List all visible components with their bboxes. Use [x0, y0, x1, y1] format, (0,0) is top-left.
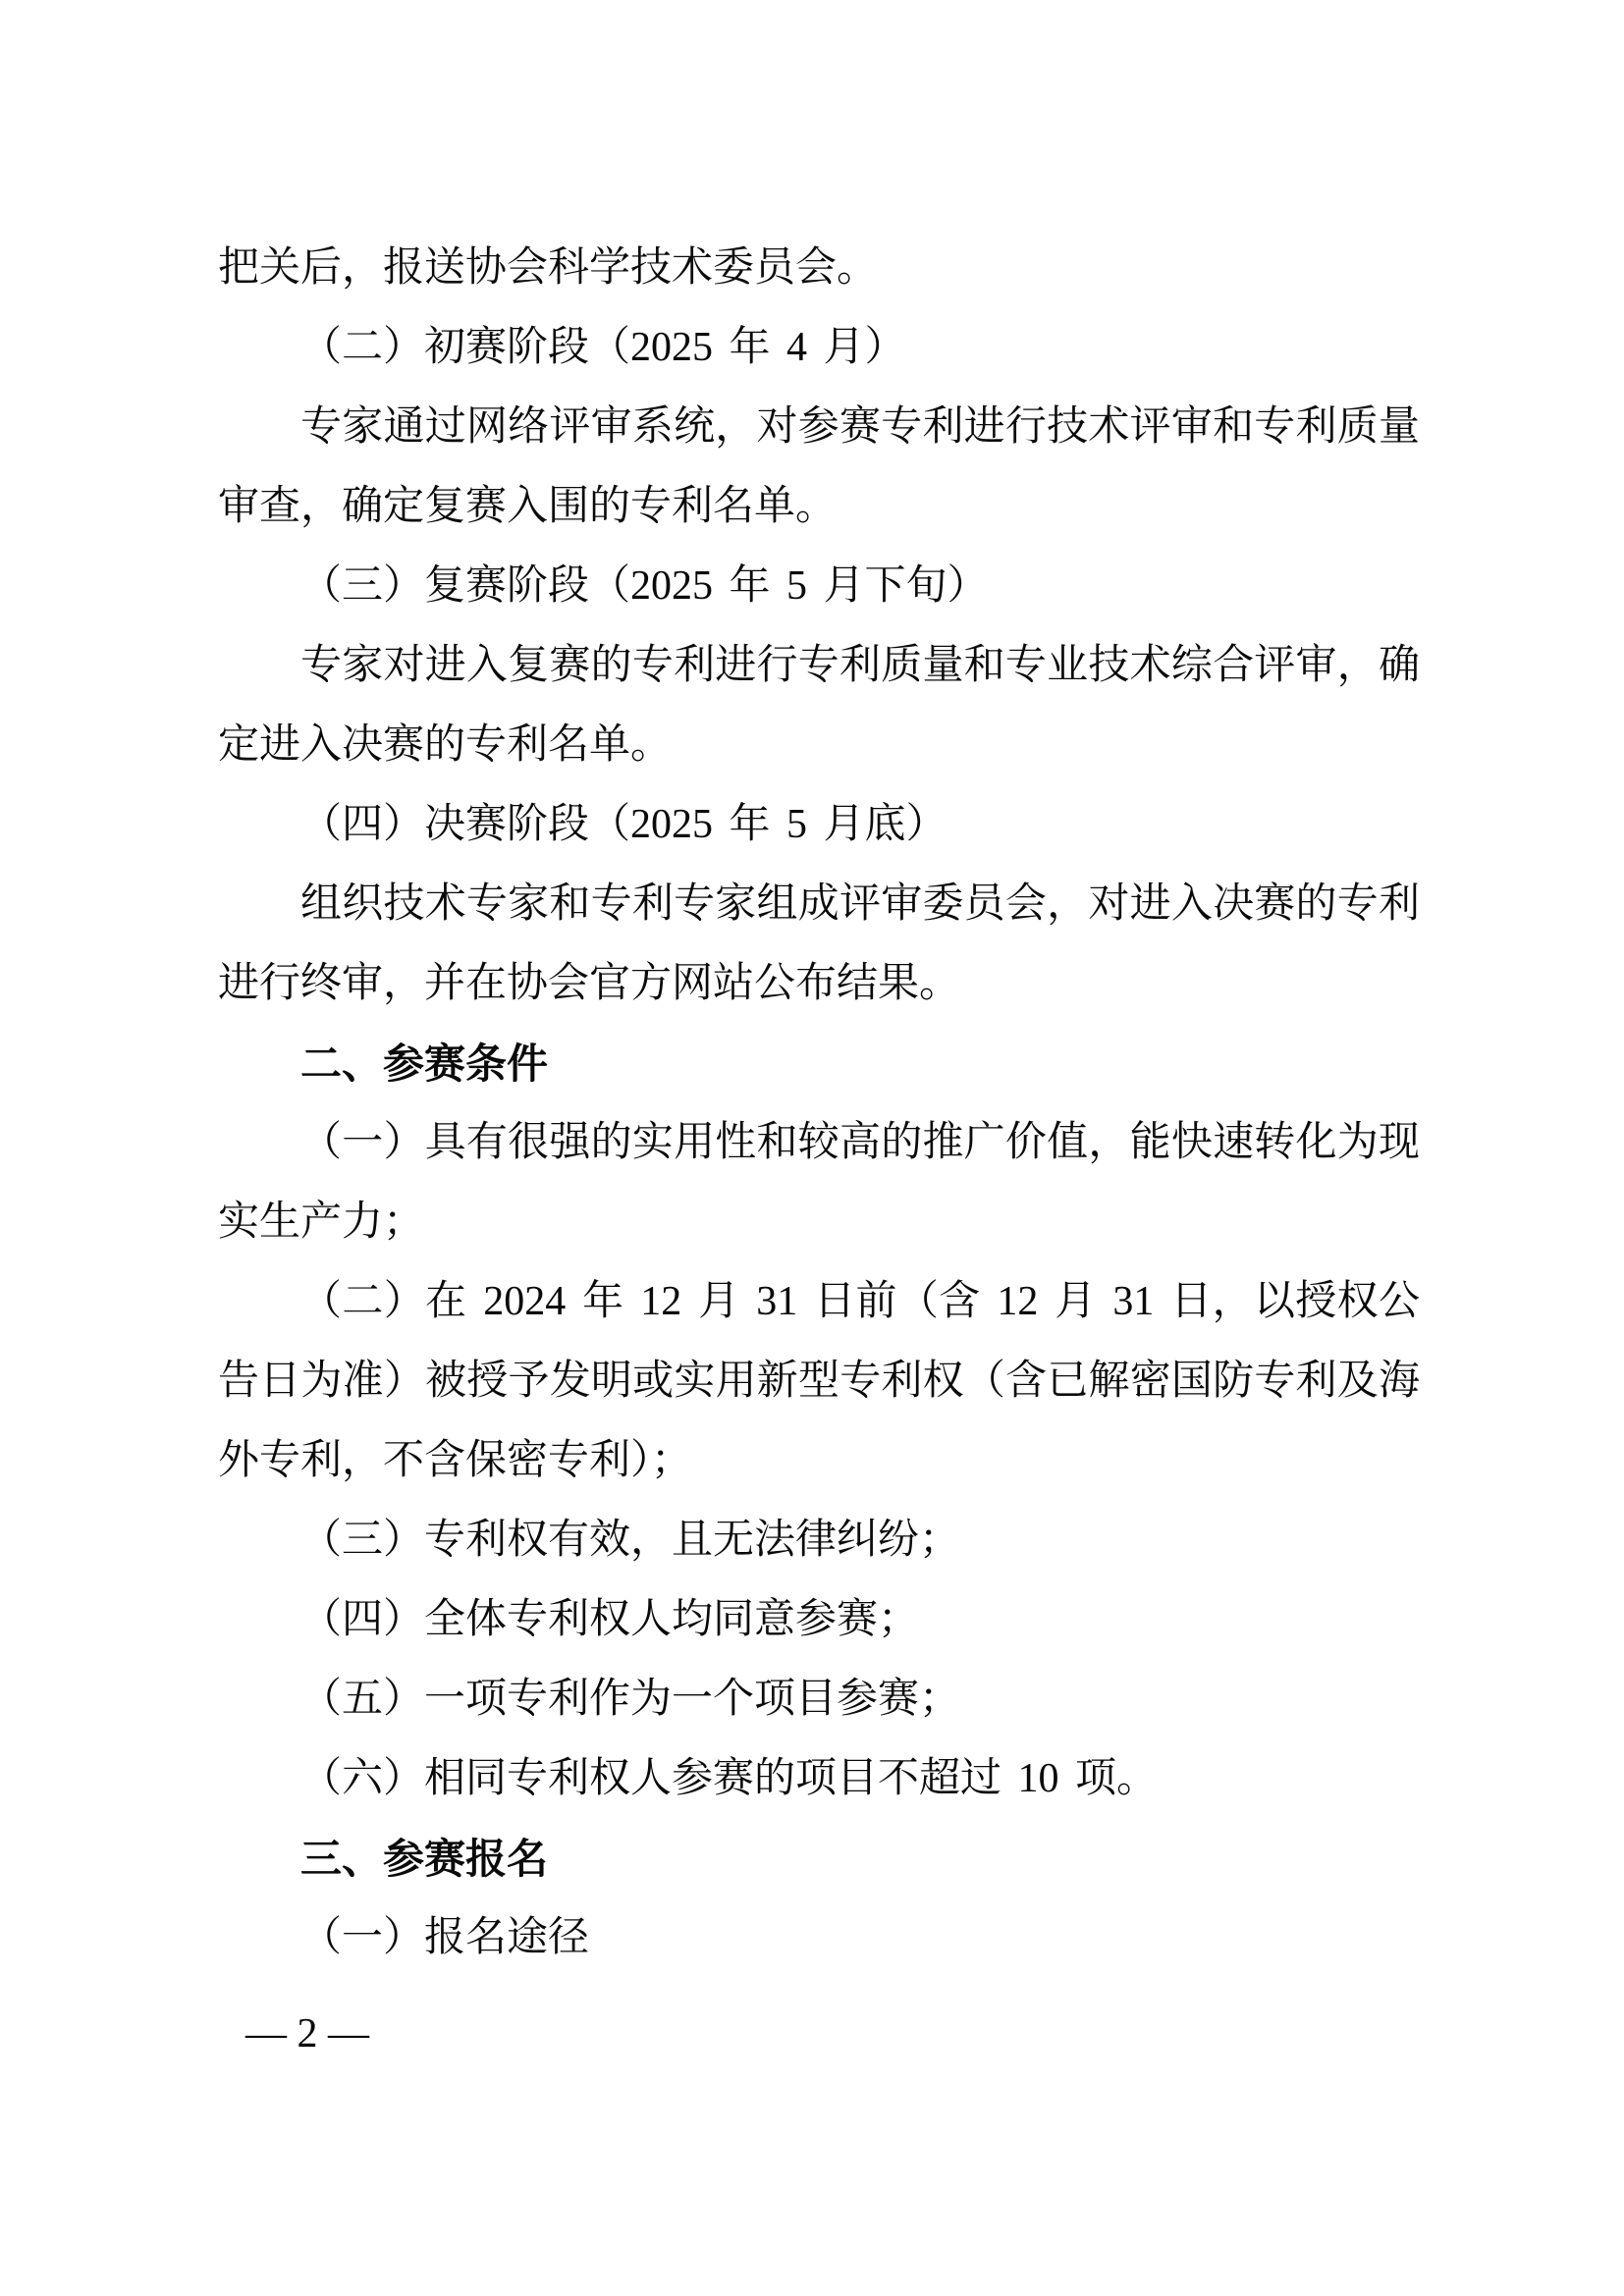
para-stage-preliminary: （二）初赛阶段（2025 年 4 月）: [218, 308, 1420, 388]
para-stage-final: （四）决赛阶段（2025 年 5 月底）: [218, 785, 1420, 865]
para-stage-preliminary-desc: 专家通过网络评审系统，对参赛专利进行技术评审和专利质量审查，确定复赛入围的专利名…: [218, 388, 1420, 547]
para-stage-semifinal: （三）复赛阶段（2025 年 5 月下旬）: [218, 547, 1420, 626]
para-condition-3: （三）专利权有效，且无法律纠纷；: [218, 1501, 1420, 1580]
document-page: 把关后，报送协会科学技术委员会。 （二）初赛阶段（2025 年 4 月） 专家通…: [0, 0, 1624, 2296]
para-condition-2: （二）在 2024 年 12 月 31 日前（含 12 月 31 日，以授权公告…: [218, 1262, 1420, 1501]
heading-registration: 三、参赛报名: [218, 1819, 1420, 1898]
para-stage-semifinal-desc: 专家对进入复赛的专利进行专利质量和专业技术综合评审，确定进入决赛的专利名单。: [218, 626, 1420, 785]
para-condition-5: （五）一项专利作为一个项目参赛；: [218, 1660, 1420, 1739]
para-registration-route: （一）报名途径: [218, 1898, 1420, 1978]
document-body: 把关后，报送协会科学技术委员会。 （二）初赛阶段（2025 年 4 月） 专家通…: [218, 229, 1420, 1978]
page-number: — 2 —: [245, 2004, 369, 2063]
para-condition-4: （四）全体专利权人均同意参赛；: [218, 1580, 1420, 1660]
heading-entry-conditions: 二、参赛条件: [218, 1024, 1420, 1103]
para-condition-1: （一）具有很强的实用性和较高的推广价值，能快速转化为现实生产力；: [218, 1103, 1420, 1262]
para-page-continuation: 把关后，报送协会科学技术委员会。: [218, 229, 1420, 308]
para-stage-final-desc: 组织技术专家和专利专家组成评审委员会，对进入决赛的专利进行终审，并在协会官方网站…: [218, 865, 1420, 1024]
para-condition-6: （六）相同专利权人参赛的项目不超过 10 项。: [218, 1739, 1420, 1819]
